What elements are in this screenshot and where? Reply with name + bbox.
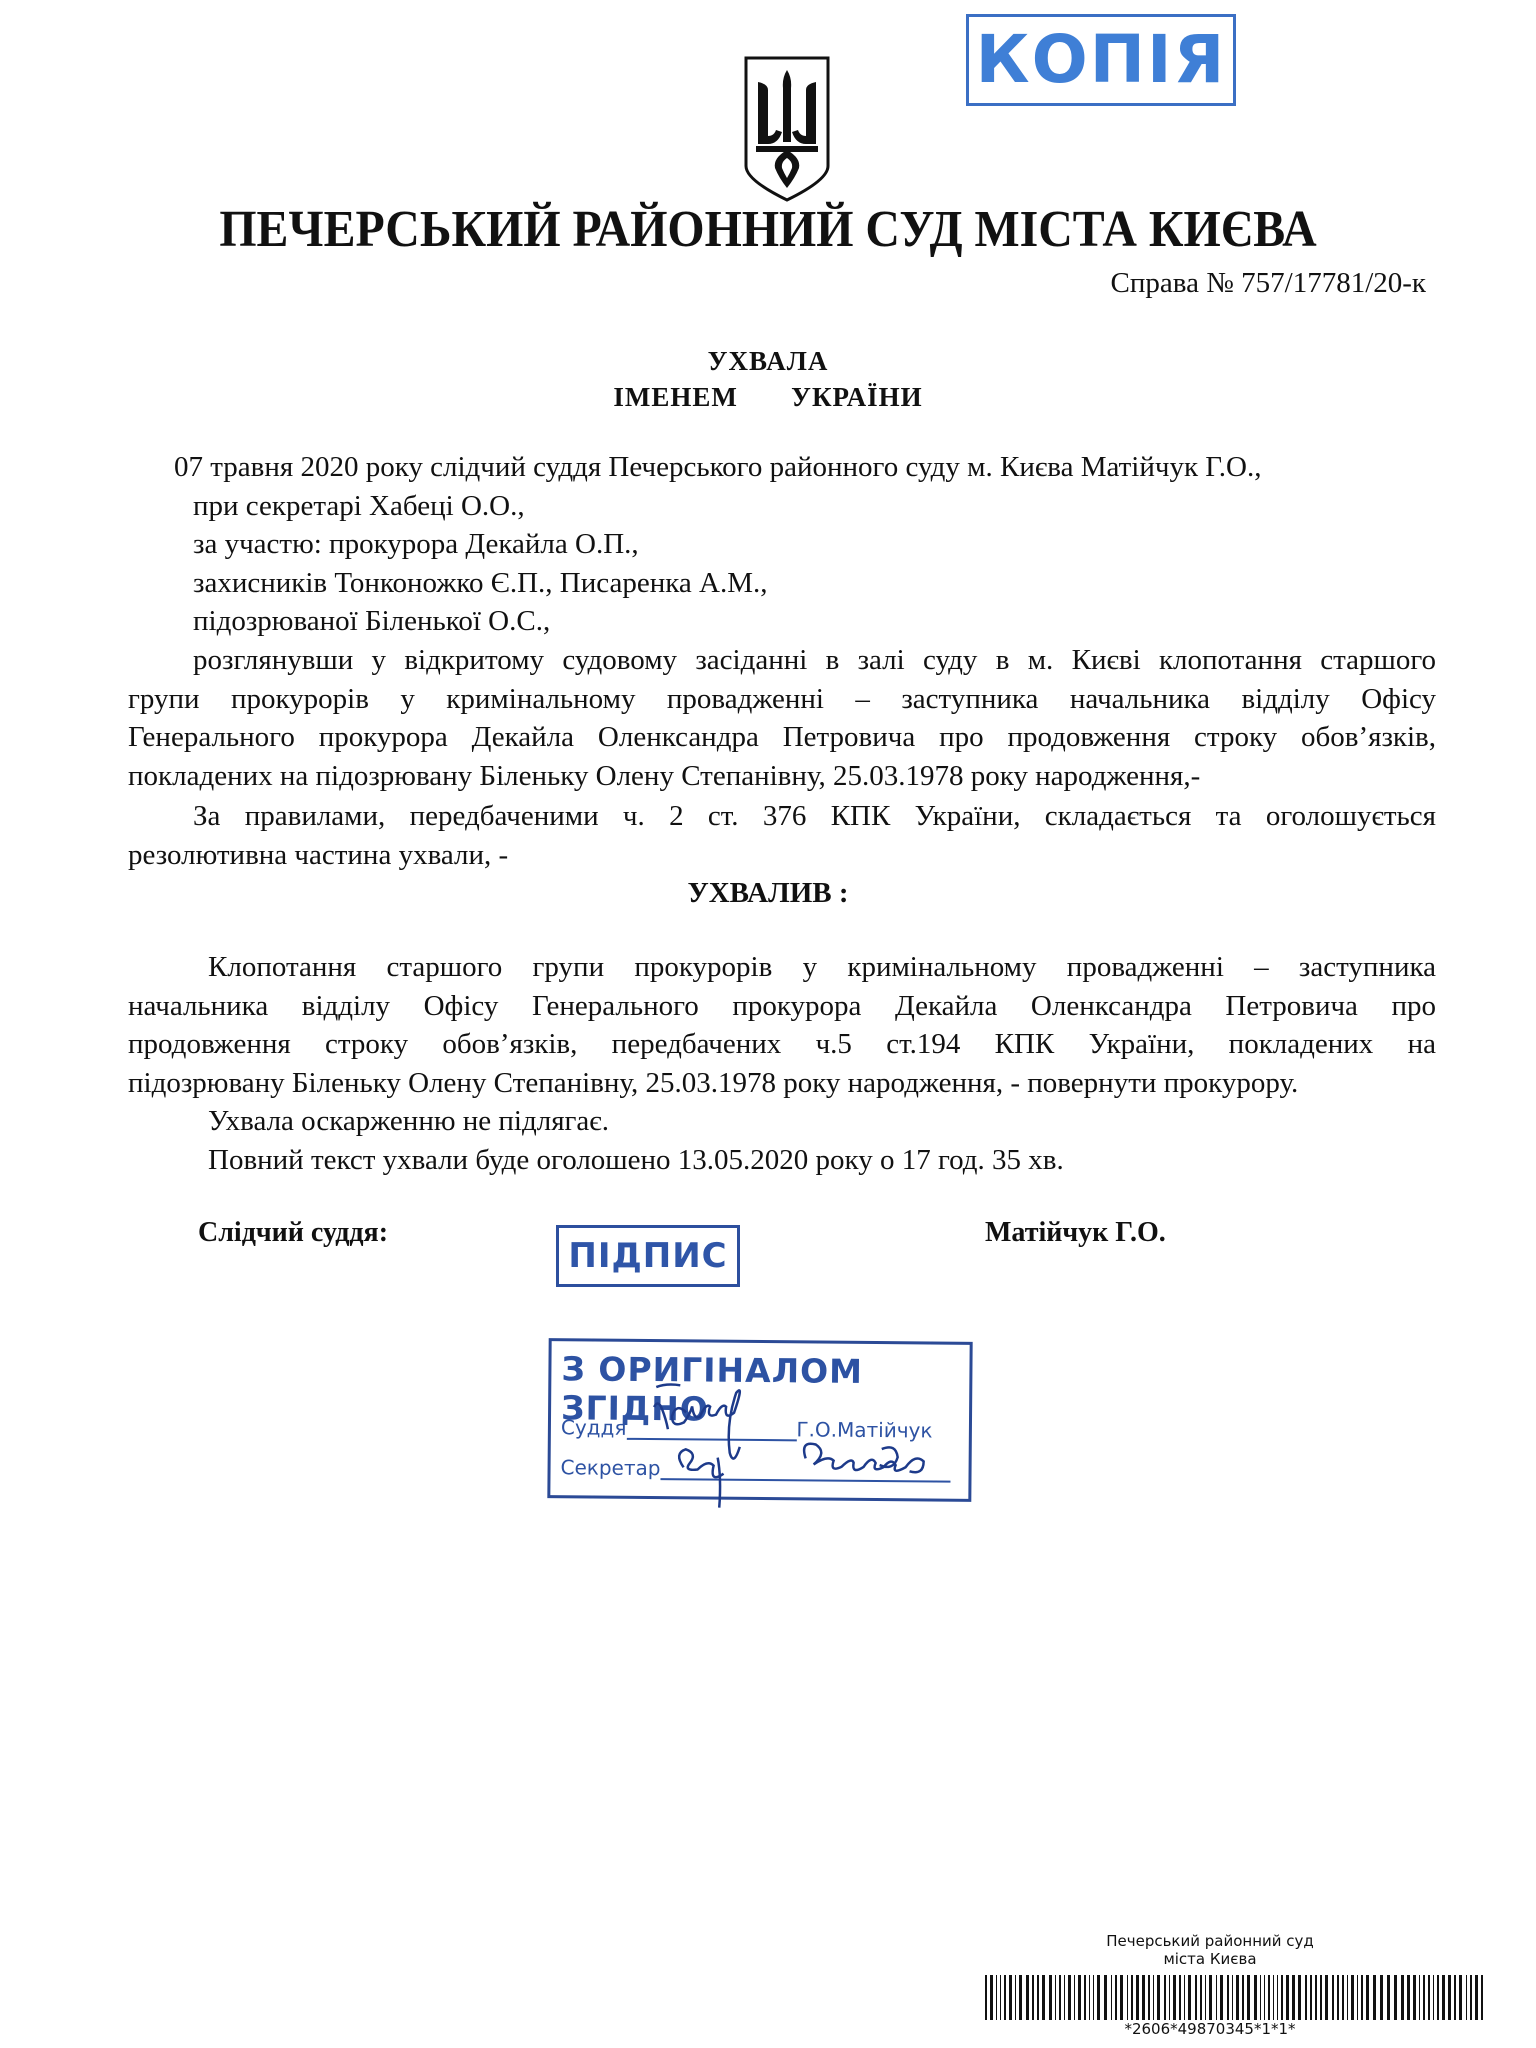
judge-name: Матійчук Г.О.: [985, 1217, 1166, 1249]
intro-line: за участю: прокурора Декайла О.П.,: [128, 525, 1436, 564]
case-number: Справа № 757/17781/20-к: [1111, 267, 1426, 300]
footer-court-line2: міста Києва: [1080, 1950, 1340, 1968]
stamp-judge-row: СуддяГ.О.Матійчук: [561, 1415, 933, 1442]
intro-line: при секретарі Хабеці О.О.,: [128, 487, 1436, 526]
footer-court-line1: Печерський районний суд: [1080, 1932, 1340, 1950]
considered-line: групи прокурорів у кримінальному провадж…: [128, 680, 1436, 719]
stamp-secretary-label: Секретар: [560, 1455, 660, 1480]
document-type: УХВАЛА: [0, 346, 1536, 377]
stamp-judge-label: Суддя: [561, 1415, 627, 1440]
court-name-heading: ПЕЧЕРСЬКИЙ РАЙОННИЙ СУД МІСТА КИЄВА: [61, 200, 1474, 259]
considered-block: розглянувши у відкритому судовому засіда…: [128, 641, 1436, 874]
intro-line: захисників Тонконожко Є.П., Писаренка А.…: [128, 564, 1436, 603]
original-conformity-stamp: З ОРИГІНАЛОМ ЗГІДНО СуддяГ.О.Матійчук Се…: [547, 1338, 972, 1502]
considered-line: Генерального прокурора Декайла Оленксанд…: [128, 718, 1436, 757]
resolution-line: Клопотання старшого групи прокурорів у к…: [128, 948, 1436, 987]
footer-court-label: Печерський районний суд міста Києва: [1080, 1932, 1340, 1968]
considered-line: розглянувши у відкритому судовому засіда…: [128, 641, 1436, 680]
intro-block: 07 травня 2020 року слідчий суддя Печерс…: [128, 448, 1436, 641]
secretary-signature-line: [660, 1478, 950, 1483]
rules-line: За правилами, передбаченими ч. 2 ст. 376…: [128, 797, 1436, 836]
stamp-judge-name: Г.О.Матійчук: [796, 1417, 932, 1442]
no-appeal-note: Ухвала оскарженню не підлягає.: [128, 1102, 1436, 1141]
resolution-line: продовження строку обов’язків, передбаче…: [128, 1025, 1436, 1064]
decided-heading: УХВАЛИВ :: [0, 877, 1536, 910]
judge-label: Слідчий суддя:: [198, 1217, 388, 1249]
considered-line: покладених на підозрювану Біленьку Олену…: [128, 757, 1436, 796]
barcode-number: *2606*49870345*1*1*: [1080, 2020, 1340, 2038]
barcode-icon: [985, 1975, 1490, 2020]
document-subtitle: ІМЕНЕМ УКРАЇНИ: [0, 382, 1536, 413]
copy-stamp: КОПІЯ: [966, 14, 1236, 106]
resolution-block: Клопотання старшого групи прокурорів у к…: [128, 948, 1436, 1179]
rules-line: резолютивна частина ухвали, -: [128, 836, 1436, 875]
intro-line: 07 травня 2020 року слідчий суддя Печерс…: [128, 448, 1436, 487]
stamp-secretary-row: Секретар: [560, 1455, 950, 1482]
resolution-line: підозрювану Біленьку Олену Степанівну, 2…: [128, 1064, 1436, 1103]
resolution-line: начальника відділу Офісу Генерального пр…: [128, 987, 1436, 1026]
intro-line: підозрюваної Біленької О.С.,: [128, 602, 1436, 641]
full-text-notice: Повний текст ухвали буде оголошено 13.05…: [128, 1141, 1436, 1180]
judge-signature-line: [626, 1438, 796, 1441]
signature-stamp: ПІДПИС: [556, 1225, 740, 1287]
trident-coat-of-arms-icon: [742, 54, 832, 202]
